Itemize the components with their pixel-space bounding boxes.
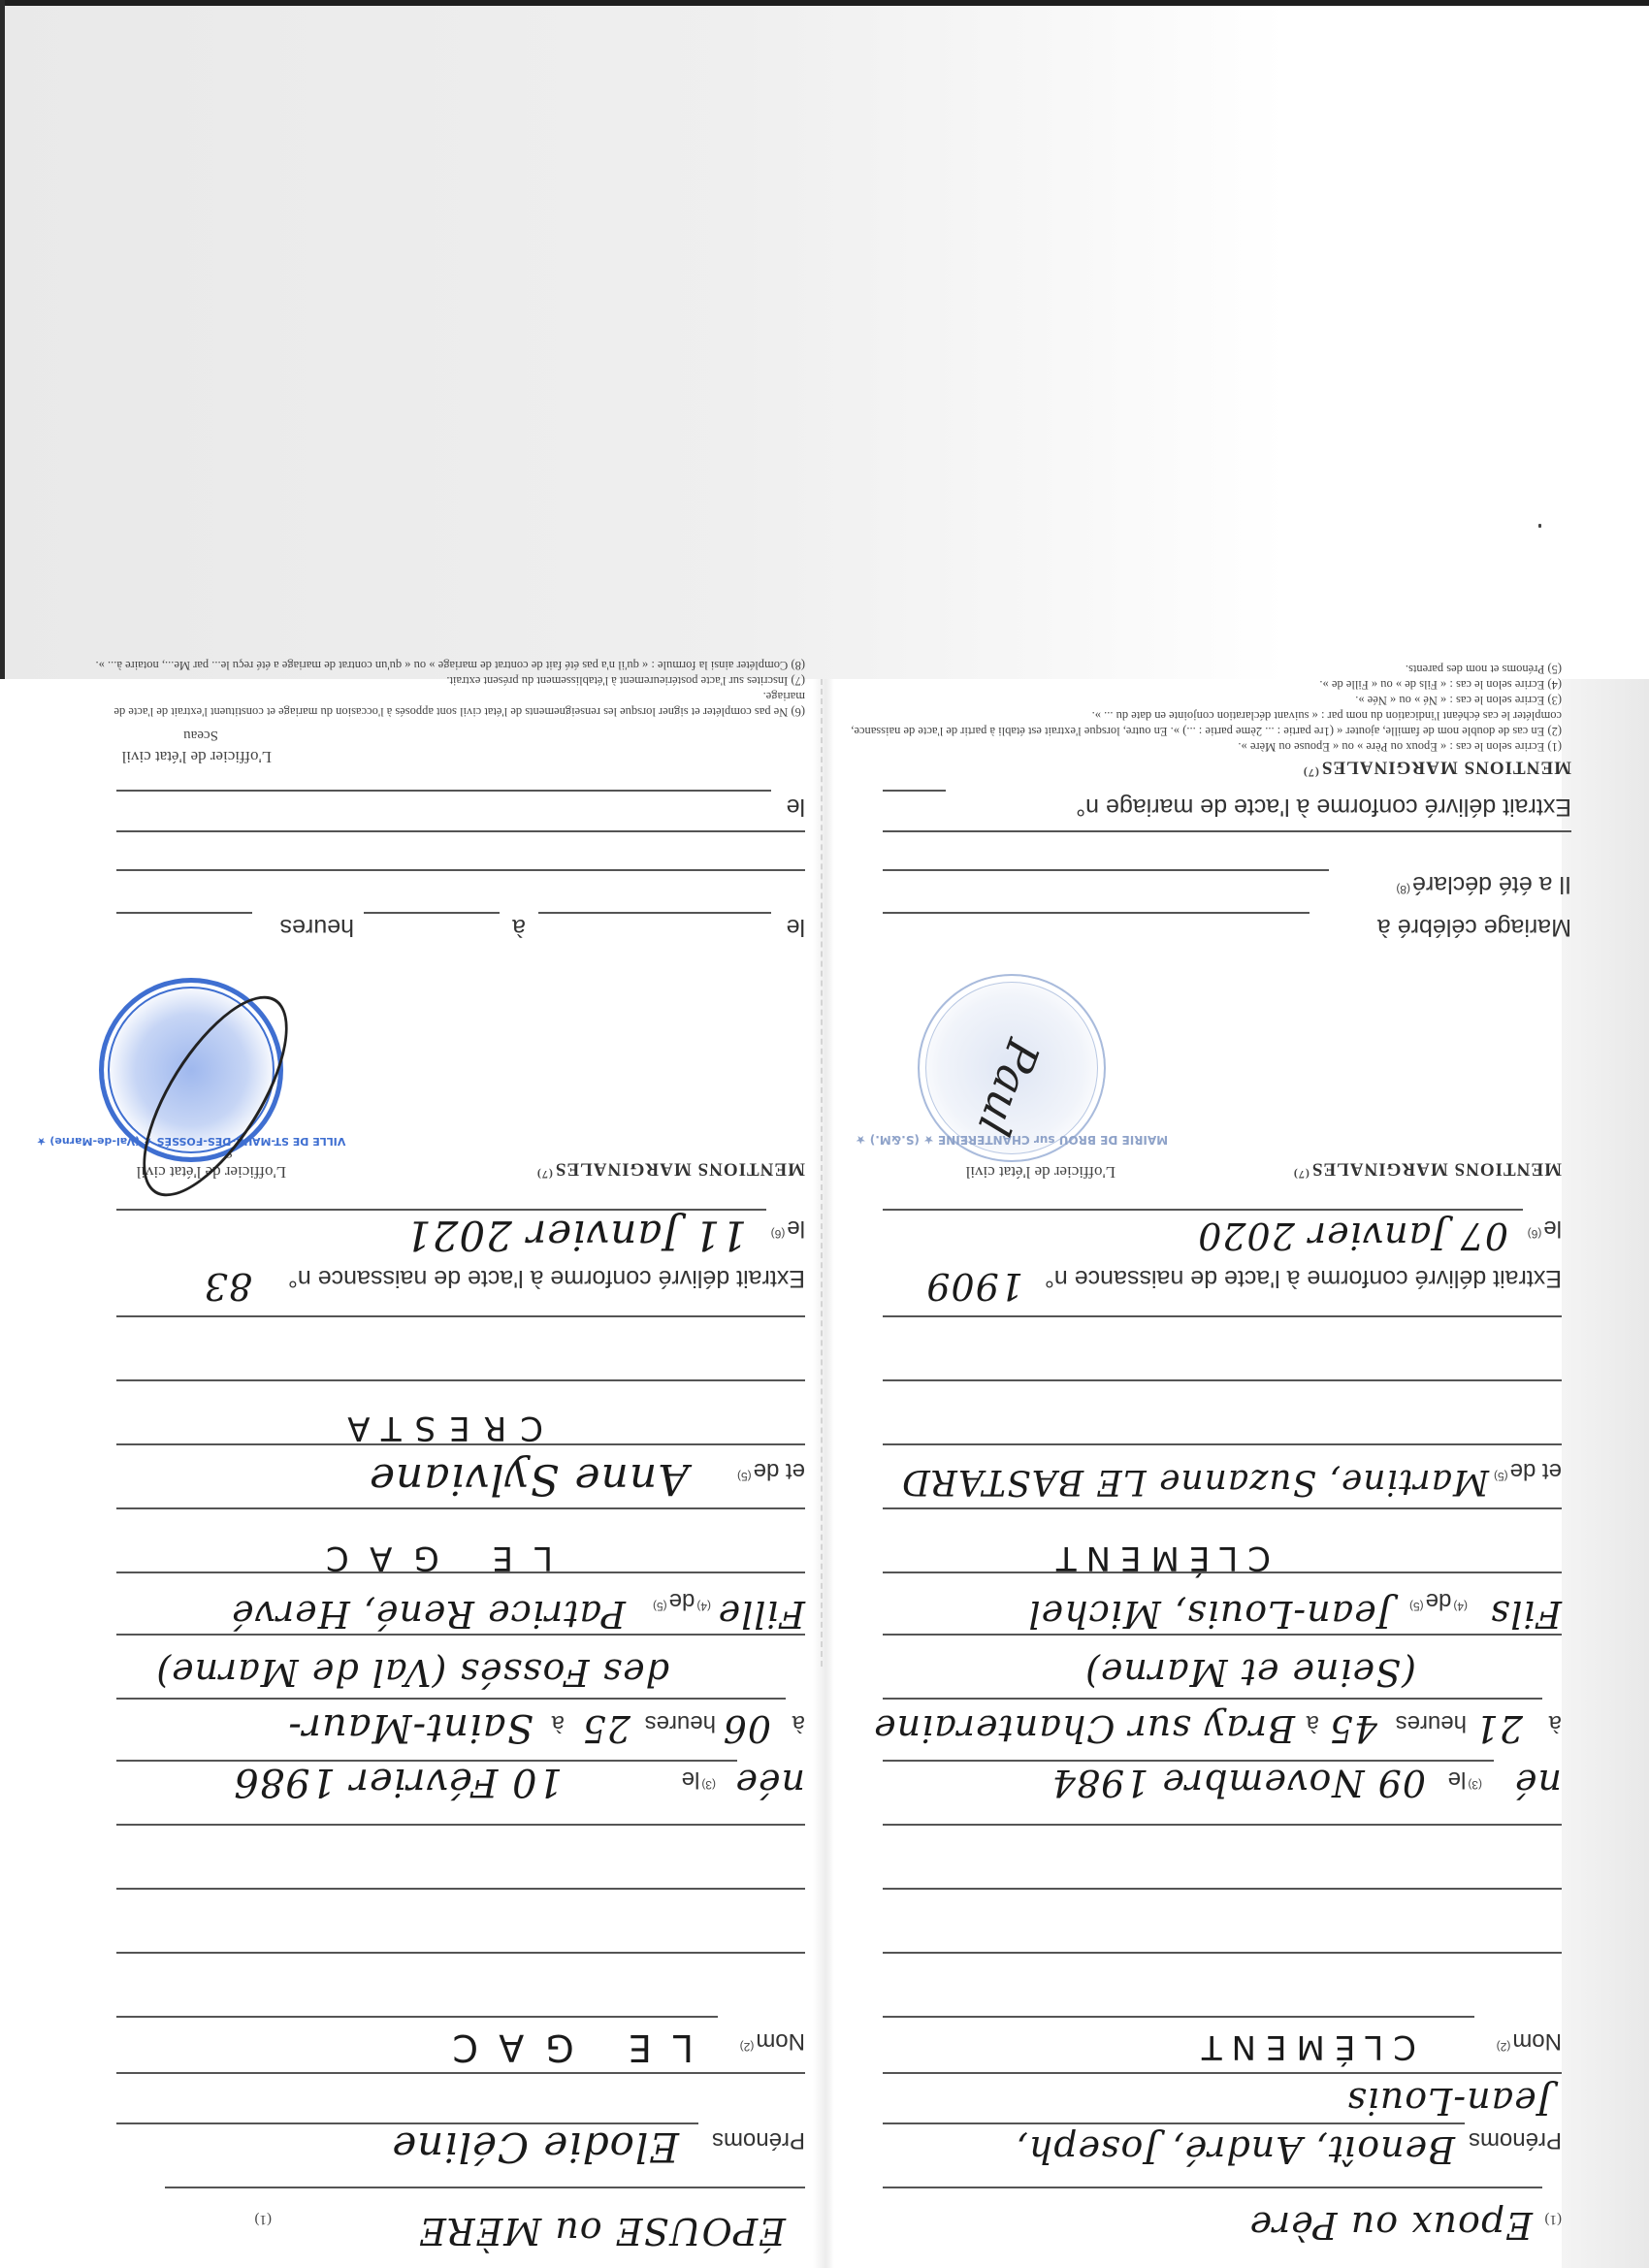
rule bbox=[883, 1824, 1562, 1826]
rule bbox=[116, 1209, 766, 1211]
rule bbox=[883, 2187, 1542, 2188]
mariage-le2-label: le bbox=[787, 793, 805, 821]
rule bbox=[116, 912, 252, 914]
prenoms-value: Elodie Céline bbox=[391, 2123, 679, 2171]
declare-label: Il a été déclaré(8) bbox=[1394, 870, 1571, 898]
ne-value: née bbox=[735, 1762, 805, 1804]
rule bbox=[883, 1888, 1562, 1890]
birth-place-2: (Seine et Marne) bbox=[1084, 1651, 1416, 1694]
rule bbox=[883, 1379, 1562, 1381]
heures-label: heures bbox=[1396, 1709, 1467, 1736]
birth-date: 09 Novembre 1984 bbox=[1051, 1762, 1426, 1804]
rule bbox=[116, 1507, 805, 1509]
footnotes-left: (1) Ecrire selon le cas : « Epoux ou Pèr… bbox=[844, 662, 1562, 755]
mariage-a-label: à bbox=[512, 913, 526, 941]
father-surname: LE GAC bbox=[305, 1539, 553, 1577]
birth-place: Bray sur Chanteraine bbox=[873, 1707, 1295, 1750]
page-epouse: ÉPOUSE ou MÈRE (1) Prénoms Elodie Céline… bbox=[5, 679, 815, 2268]
birth-minutes: 45 bbox=[1329, 1707, 1377, 1750]
rule bbox=[165, 2187, 805, 2188]
a2-label: à bbox=[1307, 1709, 1319, 1736]
rule bbox=[883, 830, 1571, 832]
de-label: (4)de(5) bbox=[651, 1587, 713, 1614]
nom-label: Nom(2) bbox=[1495, 2027, 1562, 2055]
rule bbox=[883, 2122, 1465, 2124]
mother-name: Anne Sylviane bbox=[369, 1454, 689, 1504]
mother-name: Martine, Suzanne LE BASTARD bbox=[901, 1462, 1489, 1502]
rule bbox=[364, 912, 500, 914]
role-handwritten: ÉPOUSE ou MÈRE bbox=[418, 2210, 786, 2252]
et-de-label: et de(5) bbox=[1492, 1457, 1562, 1484]
filiation: Fils bbox=[1490, 1593, 1562, 1636]
sceau-label-mariage: Sceau bbox=[183, 727, 218, 743]
father-name: Patrice René, Hervé bbox=[231, 1593, 626, 1636]
footnotes-right: (6) Ne pas compléter et signer lorsque l… bbox=[87, 658, 805, 720]
extrait-label: Extrait délivré conforme à l'acte de nai… bbox=[1045, 1264, 1562, 1292]
rule bbox=[883, 1209, 1523, 1211]
mariage-le-label: le bbox=[787, 913, 805, 941]
rule bbox=[883, 1315, 1562, 1317]
rule bbox=[883, 1760, 1494, 1762]
birth-date: 10 Février 1986 bbox=[233, 1760, 563, 1804]
rule bbox=[116, 2016, 718, 2018]
rule bbox=[883, 912, 1309, 914]
birth-hour: 06 bbox=[723, 1707, 771, 1750]
rule bbox=[116, 1760, 737, 1762]
rule bbox=[883, 1507, 1562, 1509]
prenoms-value: Benoît, André, Joseph, bbox=[1016, 2128, 1455, 2171]
nom-value: CLÉMENT bbox=[1192, 2027, 1416, 2066]
de-label: (4)de(5) bbox=[1407, 1587, 1470, 1614]
mariage-celebre-label: Mariage célébré à bbox=[1377, 913, 1571, 941]
a-label: à bbox=[1549, 1709, 1562, 1736]
birth-place-2: des Fossés (Val de Marne) bbox=[155, 1651, 669, 1694]
role-handwritten: Epoux ou Père bbox=[1249, 2204, 1533, 2247]
le-label: (3)le bbox=[682, 1766, 718, 1793]
nom-value: LE GAC bbox=[431, 2026, 694, 2069]
et-de-label: et de(5) bbox=[735, 1457, 805, 1484]
scan-border-top bbox=[0, 0, 1649, 6]
rule bbox=[883, 2016, 1474, 2018]
le-label: (3)le bbox=[1448, 1766, 1484, 1793]
rule bbox=[883, 1952, 1562, 1954]
rule bbox=[883, 1698, 1542, 1700]
father-name: Jean-Louis, Michel bbox=[1027, 1593, 1392, 1636]
rule bbox=[116, 1315, 805, 1317]
rule bbox=[883, 869, 1329, 871]
le6-label: le(6) bbox=[1526, 1215, 1562, 1242]
rule bbox=[116, 790, 771, 792]
rule bbox=[883, 790, 946, 792]
prenoms-value-2: Jean-Louis bbox=[1346, 2080, 1552, 2122]
ne-value: né bbox=[1514, 1762, 1562, 1804]
prenoms-label: Prénoms bbox=[712, 2126, 805, 2154]
mother-surname: CRESTA bbox=[334, 1409, 543, 1447]
nom-label: Nom(2) bbox=[738, 2027, 805, 2055]
father-surname: CLÉMENT bbox=[1047, 1539, 1271, 1577]
a2-label: à bbox=[552, 1709, 565, 1736]
rule bbox=[116, 830, 805, 832]
rule bbox=[116, 2072, 805, 2074]
a-label: à bbox=[792, 1709, 805, 1736]
officier-label: L'officier de l'état civil bbox=[966, 1162, 1116, 1182]
rule bbox=[116, 1952, 805, 1954]
perforation bbox=[821, 679, 823, 1667]
rule bbox=[116, 869, 805, 871]
mentions-marginales: MENTIONS MARGINALES(7) bbox=[534, 1158, 805, 1182]
prenoms-label: Prénoms bbox=[1469, 2126, 1562, 2154]
rule bbox=[116, 1888, 805, 1890]
rule bbox=[116, 2122, 698, 2124]
scan-dust bbox=[1538, 524, 1541, 528]
mentions-marginales: MENTIONS MARGINALES(7) bbox=[1291, 1158, 1562, 1182]
le6-label: le(6) bbox=[769, 1215, 805, 1242]
rule bbox=[538, 912, 771, 914]
paper-edge bbox=[1562, 679, 1649, 2268]
rule bbox=[116, 1698, 786, 1700]
birth-place: Saint-Maur- bbox=[287, 1705, 533, 1750]
birth-hour: 21 bbox=[1474, 1707, 1523, 1750]
mentions-marginales-mariage: MENTIONS MARGINALES(7) bbox=[1301, 757, 1571, 780]
heures-label: heures bbox=[645, 1709, 716, 1736]
extrait-number: 1909 bbox=[925, 1265, 1023, 1308]
rule bbox=[116, 1824, 805, 1826]
role-footnote-ref: (1) bbox=[255, 2211, 273, 2227]
extrait-label: Extrait délivré conforme à l'acte de nai… bbox=[288, 1264, 805, 1292]
page-epoux: (1) Epoux ou Père Prénoms Benoît, André,… bbox=[834, 679, 1562, 2268]
livret-de-famille-paper: (1) Epoux ou Père Prénoms Benoît, André,… bbox=[0, 679, 1649, 2268]
rule bbox=[883, 2072, 1562, 2074]
rule bbox=[883, 1443, 1562, 1445]
role-footnote-ref: (1) bbox=[1545, 2211, 1563, 2227]
officier-label-mariage: L'officier de l'état civil bbox=[122, 747, 273, 766]
center-fold bbox=[813, 679, 834, 2268]
birth-minutes: 25 bbox=[582, 1707, 630, 1750]
rule bbox=[116, 1379, 805, 1381]
extrait-date: 11 Janvier 2021 bbox=[404, 1212, 747, 1259]
extrait-date: 07 Janvier 2020 bbox=[1197, 1215, 1508, 1257]
filiation: Fille bbox=[718, 1593, 805, 1636]
mariage-heures-label: heures bbox=[280, 913, 354, 941]
extrait-mariage-label: Extrait délivré conforme à l'acte de mar… bbox=[1076, 793, 1571, 821]
extrait-number: 83 bbox=[204, 1265, 252, 1308]
